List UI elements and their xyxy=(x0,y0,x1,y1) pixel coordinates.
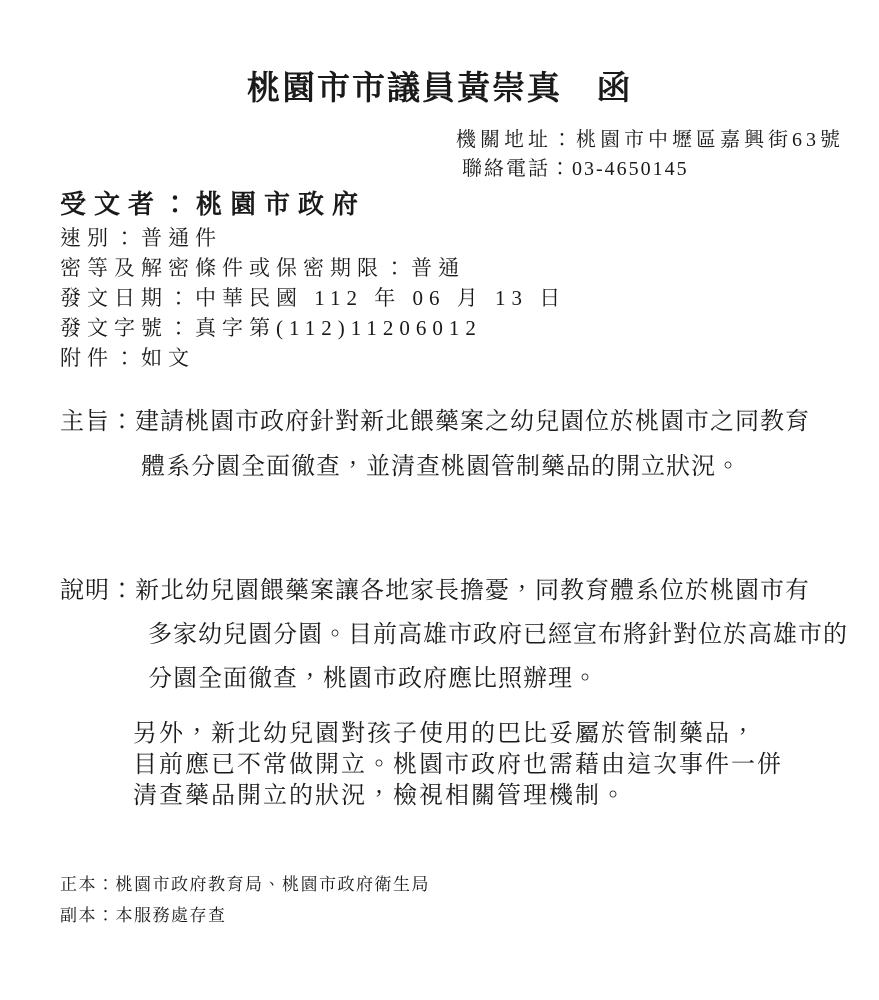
explanation-lines: 新北幼兒園餵藥案讓各地家長擔憂，同教育體系位於桃園市有 多家幼兒園分園。目前高雄… xyxy=(135,569,848,701)
agency-address-line: 機關地址：桃園市中壢區嘉興街63號 xyxy=(456,126,844,155)
explanation-section: 說明： 新北幼兒園餵藥案讓各地家長擔憂，同教育體系位於桃園市有 多家幼兒園分園。… xyxy=(60,569,848,701)
copies-block: 正本：桃園市政府教育局、桃園市政府衛生局 副本：本服務處存查 xyxy=(60,869,430,931)
explanation-cont-line: 目前應已不常做開立。桃園市政府也需藉由這次事件一併 xyxy=(133,750,783,781)
contact-phone-line: 聯絡電話：03-4650145 xyxy=(456,155,844,184)
explanation-cont-line: 另外，新北幼兒園對孩子使用的巴比妥屬於管制藥品， xyxy=(133,719,783,750)
sender-info-block: 機關地址：桃園市中壢區嘉興街63號 聯絡電話：03-4650145 xyxy=(456,126,844,184)
meta-line-issue-date: 發文日期：中華民國 112 年 06 月 13 日 xyxy=(60,283,566,313)
explanation-line: 新北幼兒園餵藥案讓各地家長擔憂，同教育體系位於桃園市有 xyxy=(135,569,848,613)
explanation-line: 分園全面徹查，桃園市政府應比照辦理。 xyxy=(135,657,848,701)
subject-line: 建請桃園市政府針對新北餵藥案之幼兒園位於桃園市之同教育 xyxy=(135,400,810,445)
subject-section: 主旨： 建請桃園市政府針對新北餵藥案之幼兒園位於桃園市之同教育 體系分園全面徹查… xyxy=(60,400,810,490)
subject-label: 主旨： xyxy=(60,400,135,445)
subject-lines: 建請桃園市政府針對新北餵藥案之幼兒園位於桃園市之同教育 體系分園全面徹查，並清查… xyxy=(135,400,810,490)
explanation-line: 多家幼兒園分園。目前高雄市政府已經宣布將針對位於高雄市的 xyxy=(135,613,848,657)
meta-line-priority: 速別：普通件 xyxy=(60,223,566,253)
explanation-cont-line: 清查藥品開立的狀況，檢視相關管理機制。 xyxy=(133,781,783,812)
original-copy-line: 正本：桃園市政府教育局、桃園市政府衛生局 xyxy=(60,869,430,900)
document-meta-block: 速別：普通件 密等及解密條件或保密期限：普通 發文日期：中華民國 112 年 0… xyxy=(60,223,566,373)
meta-line-attachment: 附件：如文 xyxy=(60,343,566,373)
meta-line-reference-number: 發文字號：真字第(112)11206012 xyxy=(60,313,566,343)
explanation-label: 說明： xyxy=(60,569,135,613)
official-letter-page: 桃園市市議員黃崇真 函 機關地址：桃園市中壢區嘉興街63號 聯絡電話：03-46… xyxy=(0,0,879,1000)
meta-line-security: 密等及解密條件或保密期限：普通 xyxy=(60,253,566,283)
recipient-line: 受文者：桃園市政府 xyxy=(60,184,366,221)
explanation-second-paragraph: 另外，新北幼兒園對孩子使用的巴比妥屬於管制藥品， 目前應已不常做開立。桃園市政府… xyxy=(133,719,783,812)
subject-line: 體系分園全面徹查，並清查桃園管制藥品的開立狀況。 xyxy=(135,445,810,490)
duplicate-copy-line: 副本：本服務處存查 xyxy=(60,900,430,931)
letter-title: 桃園市市議員黃崇真 函 xyxy=(0,62,879,109)
